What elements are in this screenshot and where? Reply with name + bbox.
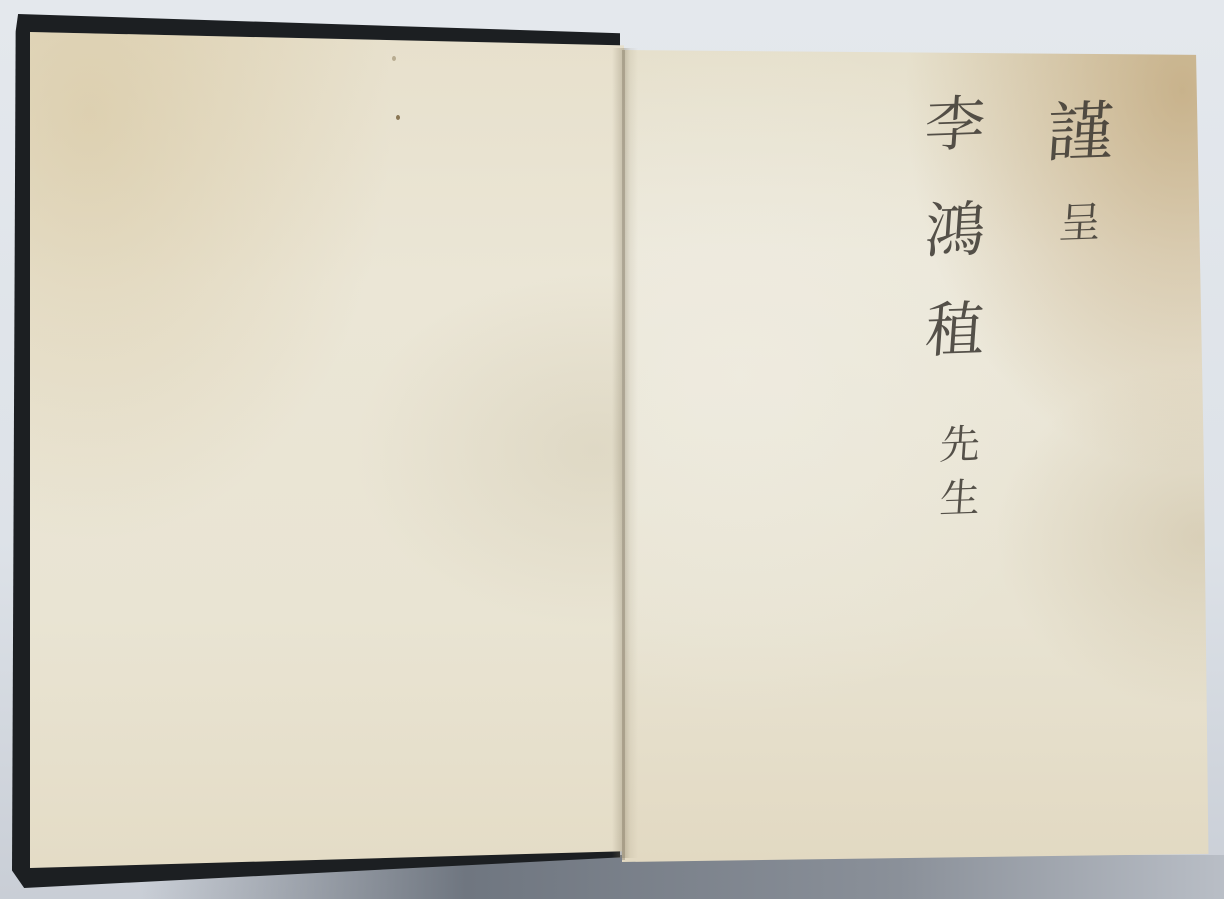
- page-fold: [622, 50, 625, 860]
- honorific-char: 生: [939, 478, 982, 519]
- book-photo: 謹 呈 李 鴻 稙 先 生: [0, 0, 1224, 899]
- book-gutter: [612, 48, 638, 858]
- recipient-name-char: 稙: [923, 300, 987, 362]
- recipient-column: 李 鴻 稙 先 生: [910, 95, 1000, 533]
- paper-speck: [396, 115, 400, 120]
- recipient-name-char: 李: [923, 94, 987, 156]
- paper-speck: [392, 56, 396, 61]
- dedication-char: 謹: [1045, 99, 1116, 167]
- recipient-name-char: 鴻: [923, 200, 987, 262]
- dedication-column: 謹 呈: [1040, 100, 1120, 244]
- honorific-char: 先: [939, 424, 982, 465]
- left-page-blank: [30, 32, 624, 868]
- dedication-char: 呈: [1057, 201, 1102, 244]
